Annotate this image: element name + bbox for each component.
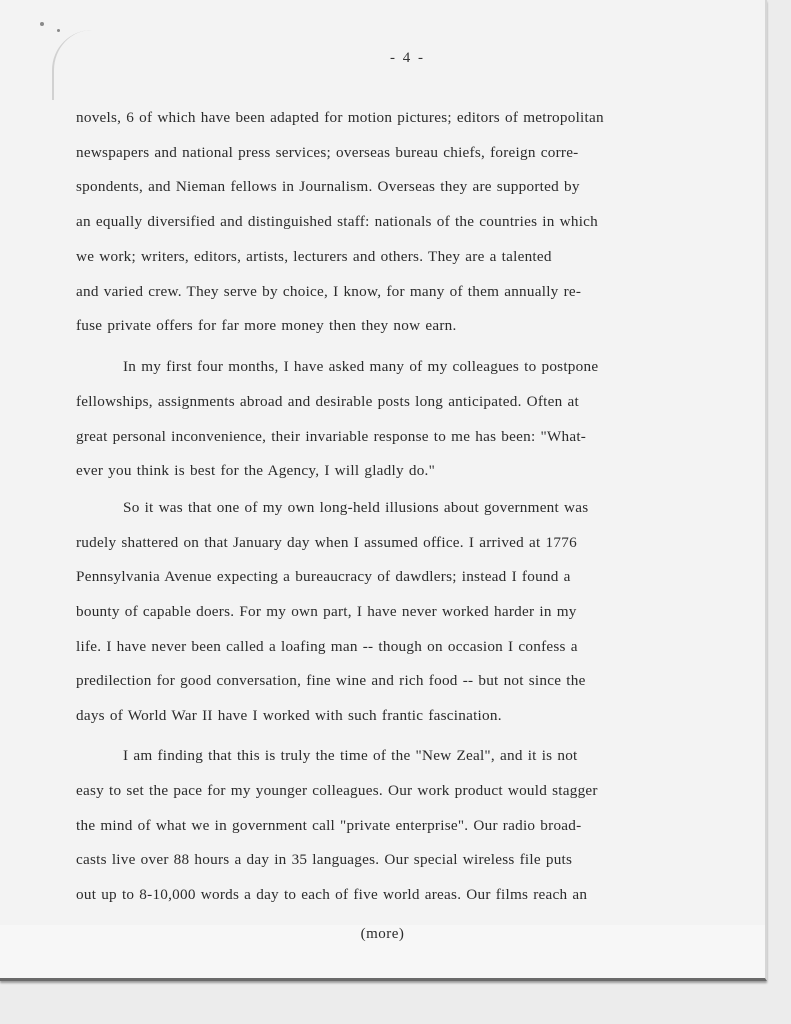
speck-mark-icon [57,29,60,32]
body-line: the mind of what we in government call "… [76,817,581,835]
document-page: - 4 - novels, 6 of which have been adapt… [0,0,767,981]
body-line: rudely shattered on that January day whe… [76,534,577,552]
continuation-marker: (more) [0,926,765,943]
body-line: I am finding that this is truly the time… [123,747,578,765]
body-line: casts live over 88 hours a day in 35 lan… [76,851,572,869]
body-line: days of World War II have I worked with … [76,707,502,725]
body-line: great personal inconvenience, their inva… [76,428,586,446]
body-line: fuse private offers for far more money t… [76,317,457,335]
body-line: novels, 6 of which have been adapted for… [76,109,604,127]
body-line: easy to set the pace for my younger coll… [76,782,598,800]
body-line: we work; writers, editors, artists, lect… [76,248,552,266]
body-line: newspapers and national press services; … [76,144,579,162]
body-line: spondents, and Nieman fellows in Journal… [76,178,580,196]
page-number: - 4 - [0,50,791,67]
body-line: an equally diversified and distinguished… [76,213,598,231]
body-line: predilection for good conversation, fine… [76,672,586,690]
body-line: ever you think is best for the Agency, I… [76,462,435,480]
body-line: In my first four months, I have asked ma… [123,358,598,376]
body-line: and varied crew. They serve by choice, I… [76,283,581,301]
body-line: So it was that one of my own long-held i… [123,499,588,517]
body-line: fellowships, assignments abroad and desi… [76,393,579,411]
body-line: bounty of capable doers. For my own part… [76,603,577,621]
body-line: out up to 8-10,000 words a day to each o… [76,886,587,904]
punch-mark-icon [40,22,44,26]
body-line: life. I have never been called a loafing… [76,638,578,656]
body-line: Pennsylvania Avenue expecting a bureaucr… [76,568,571,586]
